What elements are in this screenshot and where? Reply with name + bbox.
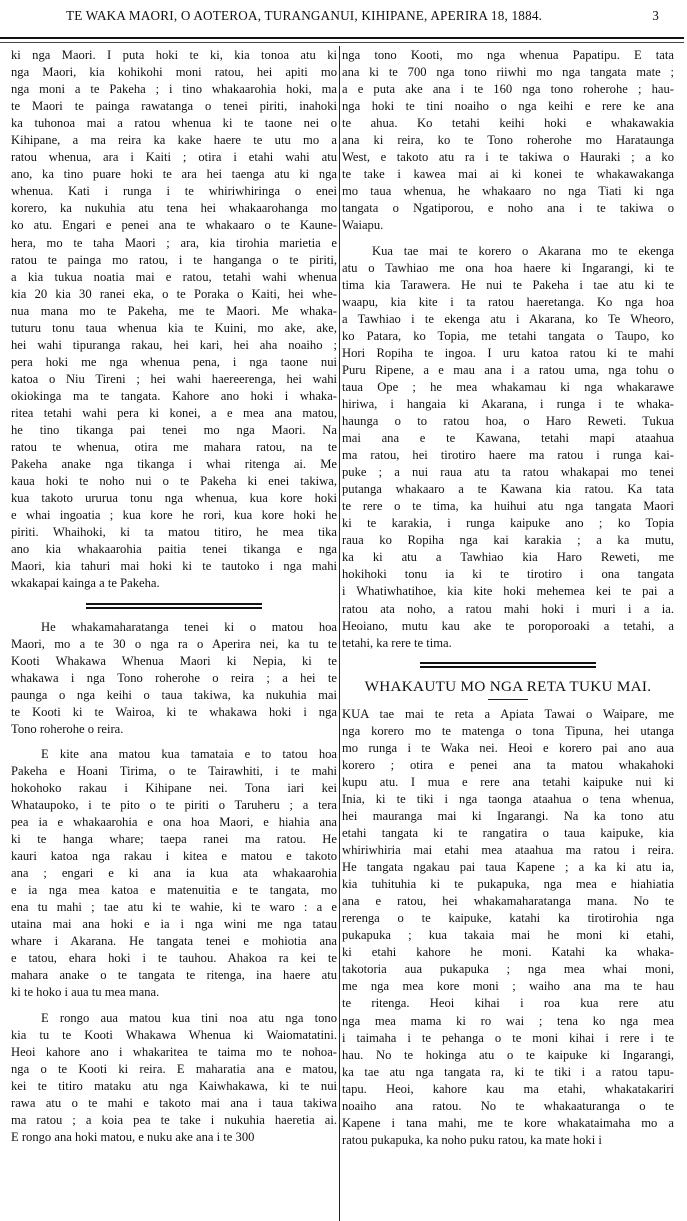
- text-line: tangata o Ngatiporou, e noho ana i te ta…: [342, 200, 674, 217]
- masthead: TE WAKA MAORI, O AOTEROA, TURANGANUI, KI…: [0, 6, 687, 26]
- right-column: nga tono Kooti, mo nga whenua Papatipu. …: [342, 47, 674, 1149]
- text-line: pukapuka ; kua takaia mai he moni ki eta…: [342, 927, 674, 944]
- text-line: Hori Ropiha te ingoa. I uru katoa ratou …: [342, 345, 674, 362]
- text-line: ko atu. Engari e penei ana te whakaaro o…: [11, 217, 337, 234]
- text-line: hokohoko rakau i Kihipane nei. Tona iari…: [11, 780, 337, 797]
- text-line: ena tu mahi ; tae atu ki te wahie, ki te…: [11, 899, 337, 916]
- section-divider: [420, 662, 596, 668]
- text-line: Puru Ripene, a e mau ana i a ratou uma, …: [342, 362, 674, 379]
- text-line: ma ratou ; a koia pea te take i nukuhia …: [11, 1112, 337, 1129]
- text-line: ratou te painga mo ratou, i te hanganga …: [11, 252, 337, 269]
- page-number: 3: [652, 8, 659, 24]
- text-line: nua mana mo te Pakeha, me te Maori. Me w…: [11, 303, 337, 320]
- text-line: ratou ata noho, a ratou mahi hoki i muri…: [342, 601, 674, 618]
- text-line: He tangata ngakau pai taua Kapene ; a ka…: [342, 859, 674, 876]
- text-line: Kooti Whakawa Whenua Maori ki Nepia, ki …: [11, 653, 337, 670]
- text-line: tetahi, ka rere te tima.: [342, 635, 674, 652]
- text-line: He whakamaharatanga tenei ki o matou hoa: [11, 619, 337, 636]
- newspaper-page: TE WAKA MAORI, O AOTEROA, TURANGANUI, KI…: [0, 0, 687, 1221]
- article-timber-merchant: E kite ana matou kua tamataia e to tatou…: [11, 746, 337, 1002]
- text-line: Heoi kahore ano i whakaritea te taima mo…: [11, 1044, 337, 1061]
- text-line: Kapene i tana mahi, me te kore whakataim…: [342, 1115, 674, 1132]
- text-line: nga moni a te Pakeha ; i tino whakaarohi…: [11, 81, 337, 98]
- text-line: e ia nga mea katoa e matenuitia e te tan…: [11, 882, 337, 899]
- text-line: ki te karakia, i runga kaipuke ano ; ko …: [342, 515, 674, 532]
- heading-rule: [488, 699, 528, 700]
- text-line: kua takoto ururua tonu nga whenua, kua k…: [11, 490, 337, 507]
- text-line: nga tono Kooti, mo nga whenua Papatipu. …: [342, 47, 674, 64]
- text-line: Tono roherohe o reira.: [11, 721, 337, 738]
- text-line: whakawa i nga Tono roherohe o reira ; a …: [11, 670, 337, 687]
- text-line: me nga mea kore moni ; waiho ana ma te h…: [342, 978, 674, 995]
- column-divider: [339, 46, 340, 1221]
- text-line: pea ia e whakaarohia e ona hoa Maori, e …: [11, 814, 337, 831]
- text-line: Whataupoko, i te pito o te piriti o Taru…: [11, 797, 337, 814]
- text-line: utaina mai ana hoki e ia i nga wini me n…: [11, 916, 337, 933]
- text-line: tuturu tonu taua whenua kia te Kuini, mo…: [11, 320, 337, 337]
- text-line: E rongo aua matou kua tini noa atu nga t…: [11, 1010, 337, 1027]
- text-line: waapu, kia kite i ta ratou haeretanga. K…: [342, 294, 674, 311]
- text-line: ratou whenua, ara i Kaiti ; otira i etah…: [11, 149, 337, 166]
- text-line: hera, mo te taha Maori ; ara, kia tirohi…: [11, 235, 337, 252]
- text-line: nga korero mo te matenga o tona Tipuna, …: [342, 723, 674, 740]
- text-line: nga mea mama ki ro wai ; tena ko nga mea: [342, 1013, 674, 1030]
- text-line: tima kia Tarawera. He nui te Pakeha i ta…: [342, 277, 674, 294]
- text-line: Maori, mo a te 30 o nga ra o Aperira nei…: [11, 636, 337, 653]
- text-line: ano kia whakaarohia paitia tenei tikanga…: [11, 541, 337, 558]
- text-line: ratou pukapuka, ka noho puku ratou, ka m…: [342, 1132, 674, 1149]
- text-line: Pakeha e Hoani Tirima, o te Tairawhiti, …: [11, 763, 337, 780]
- text-line: tapu. Heoi, kahore kau ma etahi, whakata…: [342, 1081, 674, 1098]
- text-line: nga o te Kooti ki reira. E maharatia ana…: [11, 1061, 337, 1078]
- text-line: KUA tae mai te reta a Apiata Tawai o Wai…: [342, 706, 674, 723]
- text-line: a Tawhiao i te ekenga atu i Akarana, ko …: [342, 311, 674, 328]
- text-line: etahi tangata ki te rangatira o taua kai…: [342, 825, 674, 842]
- newspaper-title: TE WAKA MAORI, O AOTEROA, TURANGANUI, KI…: [66, 8, 542, 24]
- text-line: nga Maori, kia kohikohi moni ratou, hei …: [11, 64, 337, 81]
- text-line: Maori, kia tahuri mai hoki ki te tautoko…: [11, 558, 337, 575]
- text-line: ki nga Maori. I puta hoki te ki, kia ton…: [11, 47, 337, 64]
- text-line: atu o Tawhiao me ona hoa haere ki Ingara…: [342, 260, 674, 277]
- text-line: kaua hoki te noho nui o te Pakeha ki ene…: [11, 473, 337, 490]
- text-line: te ahua. Ko tetahi keihi hoki e whakawak…: [342, 115, 674, 132]
- article-land-court-nepia: He whakamaharatanga tenei ki o matou hoa…: [11, 619, 337, 738]
- text-line: whare i Akarana. He tangata tenei e mohi…: [11, 933, 337, 950]
- article-tawhiao-departure: Kua tae mai te korero o Akarana mo te ek…: [342, 243, 674, 652]
- text-line: mai ana e te Kawana, tetahi mapi ataahua: [342, 430, 674, 447]
- text-line: ko Patara, ko Topia, me tetahi tangata o…: [342, 328, 674, 345]
- text-line: korero ; otira e penei ana ta matou whak…: [342, 757, 674, 774]
- text-line: hiriwa, i hangaia ki Akarana, i runga i …: [342, 396, 674, 413]
- text-line: haunga o to ratou hoa, o Haro Reweti. Tu…: [342, 413, 674, 430]
- text-line: ana ki te 700 nga tono riiwhi mo nga tan…: [342, 64, 674, 81]
- text-line: korero, ka nukuhia atu tena hei whakaaro…: [11, 200, 337, 217]
- text-line: kei te titiro mataku atu nga Kaiwhakawa,…: [11, 1078, 337, 1095]
- text-line: hei wahi tipuranga rakau, hei kari, hei …: [11, 337, 337, 354]
- text-line: rerenga o te kaipuke, katahi ka tirotiro…: [342, 910, 674, 927]
- text-line: ka tae atu nga tangata ra, ki te tiki i …: [342, 1064, 674, 1081]
- section-divider: [86, 603, 262, 609]
- text-line: Inia, ki te tiki i nga taonga ataahua o …: [342, 791, 674, 808]
- text-line: E kite ana matou kua tamataia e to tatou…: [11, 746, 337, 763]
- text-line: a kia tukua noatia mai e ratou, tetahi w…: [11, 269, 337, 286]
- text-line: mahara anake o te tangata te ritenga, in…: [11, 967, 337, 984]
- text-line: te rere o te tima, ka huihui atu nga tan…: [342, 498, 674, 515]
- article-replies-to-letters: KUA tae mai te reta a Apiata Tawai o Wai…: [342, 706, 674, 1149]
- left-column: ki nga Maori. I puta hoki te ki, kia ton…: [11, 47, 337, 1146]
- text-line: noaiho ana ratou. No te whakaaturanga o …: [342, 1098, 674, 1115]
- text-line: te Kooti ki te Wairoa, ki te whakawa hok…: [11, 704, 337, 721]
- text-line: kia tuhituhia ki te pukapuka, nga mea e …: [342, 876, 674, 893]
- text-line: hau. No te hokinga atu o te kaipuke ki I…: [342, 1047, 674, 1064]
- text-line: hokihoki tonu ia ki te tirotiro i ona ta…: [342, 566, 674, 583]
- text-line: ana ; engari e ki ana ia kua ata whakaar…: [11, 865, 337, 882]
- text-line: ki te hoko i aua tu mea mana.: [11, 984, 337, 1001]
- text-line: ki etahi kahore he moni. Katahi ka whaka…: [342, 944, 674, 961]
- text-line: raua ko Ropiha nga kai karakia ; a ka mu…: [342, 532, 674, 549]
- text-line: ana ki reira, ko te Tono roherohe mo Har…: [342, 132, 674, 149]
- text-line: whenua. Kati i runga i te whiriwhiringa …: [11, 183, 337, 200]
- text-line: E rongo ana hoki matou, e nuku ake ana i…: [11, 1129, 337, 1146]
- text-line: pera hoki me nga whenua pena, i nga taon…: [11, 354, 337, 371]
- text-line: puke ; a nui raua atu ta ratou whakapai …: [342, 464, 674, 481]
- text-line: mo taua whenua, he whakaaro no nga Tiati…: [342, 183, 674, 200]
- text-line: ana e ratou, hei whakamaharatanga mana. …: [342, 893, 674, 910]
- text-line: whiriwhiria mai etahi mea ataahua ma rat…: [342, 842, 674, 859]
- text-line: Kua tae mai te korero o Akarana mo te ek…: [342, 243, 674, 260]
- text-line: Waiapu.: [342, 217, 674, 234]
- text-line: Pakeha anake nga tikanga i whai ritenga …: [11, 456, 337, 473]
- text-line: te Maori te painga rawatanga o tenei pir…: [11, 98, 337, 115]
- text-line: e tatou, ehara hoki i te tauhou. Ahakoa …: [11, 950, 337, 967]
- text-line: okiokinga ma te tangata. Kahore ano hoki…: [11, 388, 337, 405]
- text-line: ano, ka tino puare hoki te ara hei taeng…: [11, 166, 337, 183]
- text-line: te ritenga. Heoi kihai i roa kua rere at…: [342, 995, 674, 1012]
- text-line: putanga whakaaro a te Kawana kia ratou. …: [342, 481, 674, 498]
- text-line: piriti. Whaihoki, ki ta matou titiro, he…: [11, 524, 337, 541]
- text-line: i taimaha i te pehanga o te moni kihai i…: [342, 1030, 674, 1047]
- text-line: katoa o Niu Tireni ; hei wahi haereereng…: [11, 371, 337, 388]
- text-line: he tino tikanga pai tenei mo nga Maori. …: [11, 422, 337, 439]
- text-line: e whai ingoatia ; kua kore he rori, kua …: [11, 507, 337, 524]
- text-line: kia 20 kia 30 ranei eka, o te Poraka o K…: [11, 286, 337, 303]
- section-heading: WHAKAUTU MO NGA RETA TUKU MAI.: [342, 678, 674, 695]
- text-line: taua Ope ; he mea whakamau ki nga whakar…: [342, 379, 674, 396]
- text-line: ratou te whenua, otira me mahara ratou, …: [11, 439, 337, 456]
- article-kihipane-bridge: ki nga Maori. I puta hoki te ki, kia ton…: [11, 47, 337, 593]
- text-line: kia tu te Kooti Whakawa Whenua ki Waioma…: [11, 1027, 337, 1044]
- text-line: takotoria aua pukapuka ; nga mea whai mo…: [342, 961, 674, 978]
- text-line: wkakapai kainga a te Pakeha.: [11, 575, 337, 592]
- text-line: a e puta ake ana i te 160 nga tono roher…: [342, 81, 674, 98]
- text-line: paunga o nga keihi o taua takiwa, ka nuk…: [11, 687, 337, 704]
- text-line: West, e takoto atu ra i te takiwa o Haur…: [342, 149, 674, 166]
- text-line: nga hoki te tini noaiho o nga keihi e re…: [342, 98, 674, 115]
- text-line: i Whatiwhatihoe, kia kite hoki mehemea k…: [342, 583, 674, 600]
- text-line: Kihipane, a ma reira ka kake haere te ut…: [11, 132, 337, 149]
- article-court-applications-cont: nga tono Kooti, mo nga whenua Papatipu. …: [342, 47, 674, 235]
- text-line: ka ki atu a Tawhiao kia Haro Reweti, me: [342, 549, 674, 566]
- text-line: rawa atu o te mahi e takoto mai ana i ta…: [11, 1095, 337, 1112]
- text-line: hei mauranga mai ki Ingarangi. Na ka ton…: [342, 808, 674, 825]
- article-waiomatatini-court: E rongo aua matou kua tini noa atu nga t…: [11, 1010, 337, 1146]
- text-line: ki te hanga whare; taepa ranei ma ratou.…: [11, 831, 337, 848]
- text-line: ka tuhonoa mai a ratou whenua ki te taon…: [11, 115, 337, 132]
- text-line: te take i kawea mai ai ki konei te whaka…: [342, 166, 674, 183]
- text-line: ma ratou, hei tirotiro haere ma ratou i …: [342, 447, 674, 464]
- text-line: kupu atu. I mua e rere ana tetahi kaipuk…: [342, 774, 674, 791]
- masthead-rule: [0, 37, 684, 43]
- text-line: mo runga i te Waka nei. Heoi e korero pa…: [342, 740, 674, 757]
- text-line: ritea tetahi wahi pera ki konei, a e mea…: [11, 405, 337, 422]
- text-line: Heoiano, mutu kau ake te poroporoaki a t…: [342, 618, 674, 635]
- text-line: kauri katoa nga rakau i kitea e matou e …: [11, 848, 337, 865]
